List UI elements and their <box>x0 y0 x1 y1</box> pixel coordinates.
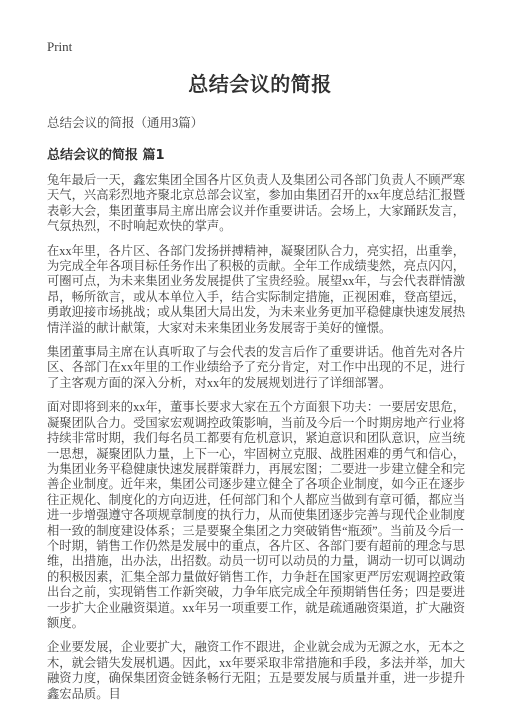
document-subtitle: 总结会议的简报（通用3篇） <box>47 115 473 131</box>
section-heading-part1: 总结会议的简报 篇1 <box>47 147 473 164</box>
paragraph-3: 集团董事局主席在认真听取了与会代表的发言后作了重要讲话。他首先对各片区、各部门在… <box>47 345 473 391</box>
print-link[interactable]: Print <box>47 39 72 55</box>
paragraph-1: 兔年最后一天，鑫宏集团全国各片区负责人及集团公司各部门负责人不顾严寒天气，兴高彩… <box>47 173 473 235</box>
paragraph-5: 企业要发展，企业要扩大，融资工作不跟进，企业就会成为无源之水，无本之木，就会错失… <box>47 640 473 702</box>
document-page: Print 总结会议的简报 总结会议的简报（通用3篇） 总结会议的简报 篇1 兔… <box>0 0 520 718</box>
paragraph-4: 面对即将到来的xx年，董事长要求大家在五个方面狠下功夫：一要居安思危，凝聚团队合… <box>47 400 473 631</box>
paragraph-2: 在xx年里，各片区、各部门发扬拼搏精神，凝聚团队合力，亮实招，出重拳，为完成全年… <box>47 244 473 336</box>
document-title: 总结会议的简报 <box>47 68 473 97</box>
